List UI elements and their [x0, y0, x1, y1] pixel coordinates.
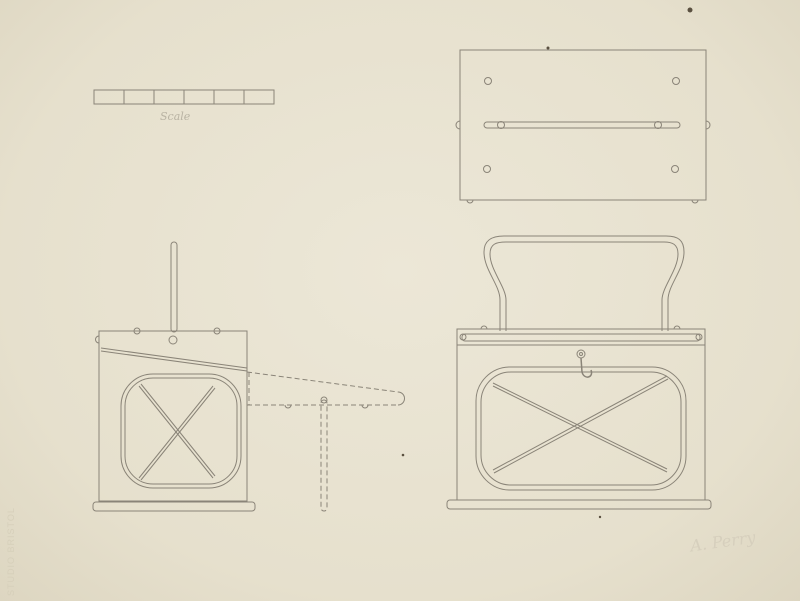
paper-specks — [402, 8, 693, 519]
scale-bar — [94, 90, 274, 104]
side-view — [93, 242, 405, 511]
top-view — [456, 50, 710, 203]
scale-label: Scale — [160, 110, 190, 123]
front-view — [447, 236, 711, 509]
technical-drawing — [0, 0, 800, 601]
studio-stamp: STUDIO BRISTOL — [6, 507, 16, 596]
drawing-sheet: Scale STUDIO BRISTOL A. Perry — [0, 0, 800, 601]
